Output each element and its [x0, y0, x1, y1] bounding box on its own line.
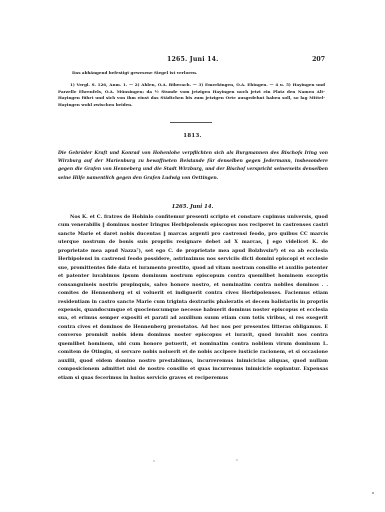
charter-body-text: Nos K. et C. fratres de Hohinlo confitem… [58, 214, 328, 383]
seal-note: Das abhängend befestigt gewesene Siegel … [72, 70, 325, 77]
charter-date: 1265. Juni 14. [0, 204, 385, 210]
section-divider [170, 122, 212, 123]
document-number: 1813. [0, 133, 385, 139]
scan-speck [372, 492, 374, 494]
document-page: 1265. Juni 14. 207 Das abhängend befesti… [0, 0, 385, 512]
running-head: 1265. Juni 14. 207 [70, 56, 325, 66]
regest-summary: Die Gebrüder Kraft und Konrad von Hohenl… [58, 150, 328, 183]
page-number: 207 [312, 56, 325, 63]
scan-speck [153, 460, 155, 462]
footnotes: 1) Vergl. S. 126, Anm. 1. — 2) Ahlen, O.… [58, 82, 325, 108]
scan-speck [236, 459, 238, 461]
running-head-title: 1265. Juni 14. [167, 56, 219, 63]
